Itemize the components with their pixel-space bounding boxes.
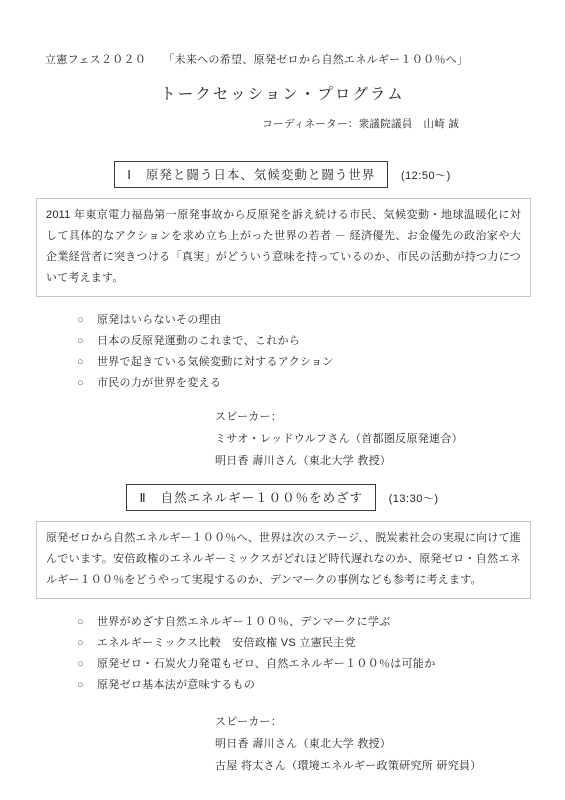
- session-2-topic-list: ○ 世界がめざす自然エネルギー１００％、デンマークに学ぶ ○ エネルギーミックス…: [77, 612, 565, 696]
- session-2-title: 自然エネルギー１００％をめざす: [161, 491, 364, 505]
- topic-item: ○ 原発ゼロ基本法が意味するもの: [77, 675, 565, 696]
- session-1-topic-list: ○ 原発はいらないその理由 ○ 日本の反原発運動のこれまで、これから ○ 世界で…: [77, 310, 565, 394]
- topic-text: 日本の反原発運動のこれまで、これから: [97, 331, 300, 352]
- session-1-title: 原発と闘う日本、気候変動と闘う世界: [146, 168, 376, 182]
- program-title: トークセッション・プログラム: [0, 82, 565, 104]
- topic-item: ○ 日本の反原発運動のこれまで、これから: [77, 331, 565, 352]
- document-page: 立憲フェス２０２０ 「未来への希望、原発ゼロから自然エネルギー１００％へ」 トー…: [0, 0, 565, 800]
- topic-text: 市民の力が世界を変える: [97, 373, 221, 394]
- circle-bullet-icon: ○: [77, 310, 84, 331]
- topic-text: 原発ゼロ・石炭火力発電もゼロ、自然エネルギー１００％は可能か: [97, 654, 436, 675]
- session-2-time: (13:30～): [389, 493, 439, 505]
- session-2-heading-row: Ⅱ自然エネルギー１００％をめざす (13:30～): [0, 484, 565, 511]
- session-1-heading-box: Ⅰ原発と闘う日本、気候変動と闘う世界: [114, 161, 388, 188]
- topic-text: 世界がめざす自然エネルギー１００％、デンマークに学ぶ: [97, 612, 391, 633]
- topic-text: エネルギーミックス比較 安倍政権 VS 立憲民主党: [97, 633, 356, 654]
- speaker-name: ミサオ・レッドウルフさん（首都圏反原発連合）: [215, 428, 565, 450]
- topic-item: ○ 市民の力が世界を変える: [77, 373, 565, 394]
- circle-bullet-icon: ○: [77, 373, 84, 394]
- session-1-speakers: スピーカー： ミサオ・レッドウルフさん（首都圏反原発連合） 明日香 壽川さん（東…: [215, 406, 565, 472]
- speaker-name: 古屋 将太さん（環境エネルギー政策研究所 研究員）: [215, 755, 565, 777]
- speaker-label: スピーカー：: [215, 711, 565, 733]
- session-2-heading-box: Ⅱ自然エネルギー１００％をめざす: [126, 484, 376, 511]
- circle-bullet-icon: ○: [77, 675, 84, 696]
- event-title: 立憲フェス２０２０ 「未来への希望、原発ゼロから自然エネルギー１００％へ」: [45, 0, 565, 67]
- topic-item: ○ 世界で起きている気候変動に対するアクション: [77, 352, 565, 373]
- speaker-name: 明日香 壽川さん（東北大学 教授）: [215, 450, 565, 472]
- session-1-description: 2011 年東京電力福島第一原発事故から反原発を訴え続ける市民、気候変動・地球温…: [36, 198, 531, 297]
- session-2-description: 原発ゼロから自然エネルギー１００％へ、世界は次のステージ、、脱炭素社会の実現に向…: [36, 521, 531, 599]
- topic-item: ○ 原発はいらないその理由: [77, 310, 565, 331]
- topic-item: ○ 世界がめざす自然エネルギー１００％、デンマークに学ぶ: [77, 612, 565, 633]
- speaker-label: スピーカー：: [215, 406, 565, 428]
- speaker-name: 明日香 壽川さん（東北大学 教授）: [215, 733, 565, 755]
- topic-text: 原発はいらないその理由: [97, 310, 221, 331]
- session-2-speakers: スピーカー： 明日香 壽川さん（東北大学 教授） 古屋 将太さん（環境エネルギー…: [215, 711, 565, 777]
- circle-bullet-icon: ○: [77, 352, 84, 373]
- session-1-time: (12:50～): [401, 170, 451, 182]
- circle-bullet-icon: ○: [77, 612, 84, 633]
- circle-bullet-icon: ○: [77, 654, 84, 675]
- circle-bullet-icon: ○: [77, 633, 84, 654]
- topic-text: 世界で起きている気候変動に対するアクション: [97, 352, 334, 373]
- session-2-number: Ⅱ: [139, 491, 146, 505]
- topic-text: 原発ゼロ基本法が意味するもの: [97, 675, 255, 696]
- coordinator-line: コーディネーター：衆議院議員 山崎 誠: [0, 116, 459, 131]
- topic-item: ○ 原発ゼロ・石炭火力発電もゼロ、自然エネルギー１００％は可能か: [77, 654, 565, 675]
- session-1-number: Ⅰ: [127, 168, 132, 182]
- topic-item: ○ エネルギーミックス比較 安倍政権 VS 立憲民主党: [77, 633, 565, 654]
- circle-bullet-icon: ○: [77, 331, 84, 352]
- session-1-heading-row: Ⅰ原発と闘う日本、気候変動と闘う世界 (12:50～): [0, 161, 565, 188]
